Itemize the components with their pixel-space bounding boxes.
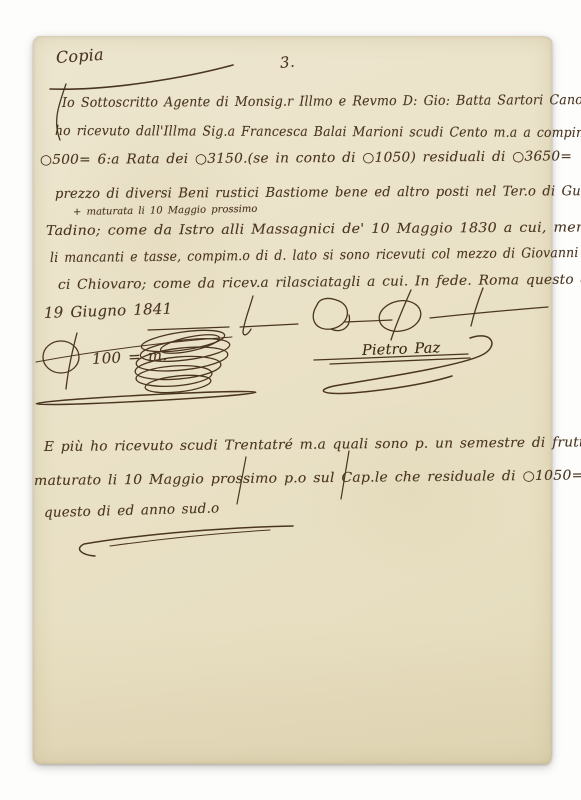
photograph-of-manuscript: Copia 3. Io Sottoscritto Agente di Monsi… bbox=[0, 0, 581, 800]
page-mark: 3. bbox=[279, 53, 296, 72]
manuscript-line: ho ricevuto dall'Illma Sig.a Francesca B… bbox=[55, 123, 581, 141]
signature: Pietro Paz bbox=[362, 340, 441, 359]
copy-label: Copia bbox=[55, 45, 104, 67]
paper-sheet bbox=[33, 36, 552, 764]
manuscript-line: Io Sottoscritto Agente di Monsig.r Illmo… bbox=[62, 92, 581, 111]
manuscript-line: prezzo di diversi Beni rustici Bastiome … bbox=[55, 183, 581, 202]
